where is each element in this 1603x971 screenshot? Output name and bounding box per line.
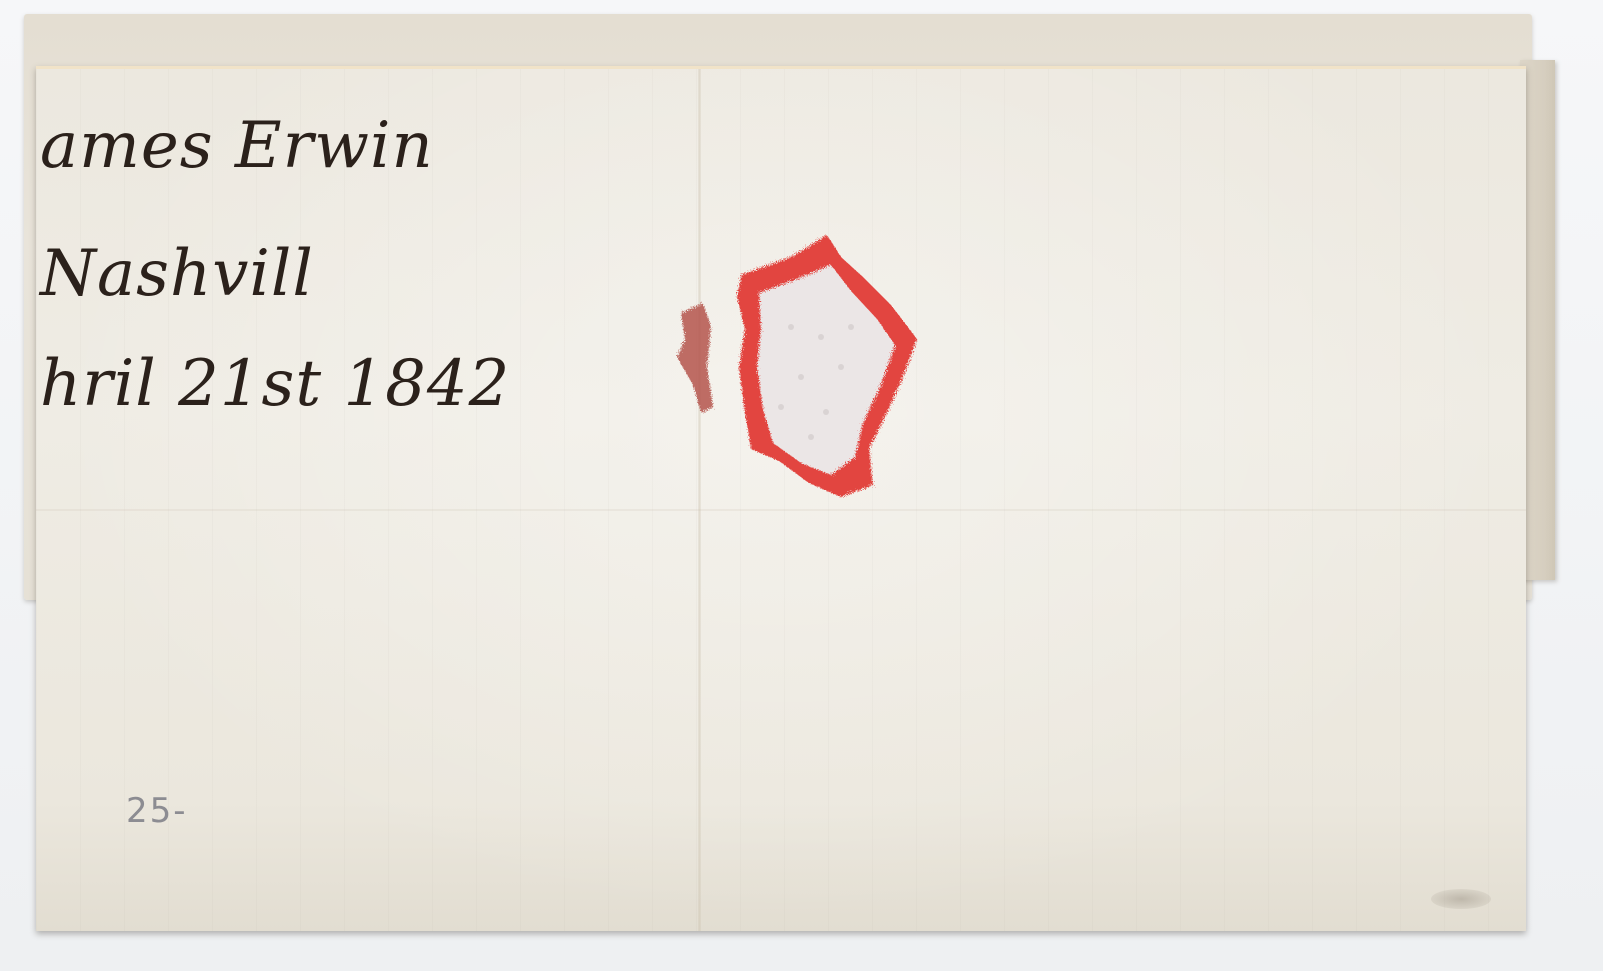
letter-panel: ames Erwin Nashvill hril 21st 1842 [36, 66, 1526, 931]
horizontal-fold-crease [36, 509, 1526, 511]
docket-date: hril 21st 1842 [40, 347, 510, 421]
scanned-letter: ames Erwin Nashvill hril 21st 1842 [0, 0, 1603, 971]
docket-name: ames Erwin [40, 109, 434, 183]
wax-seal-icon [641, 217, 921, 507]
docket-place: Nashvill [40, 237, 314, 311]
pencil-price-note: 25- [126, 791, 188, 831]
paper-stain [1431, 889, 1491, 909]
